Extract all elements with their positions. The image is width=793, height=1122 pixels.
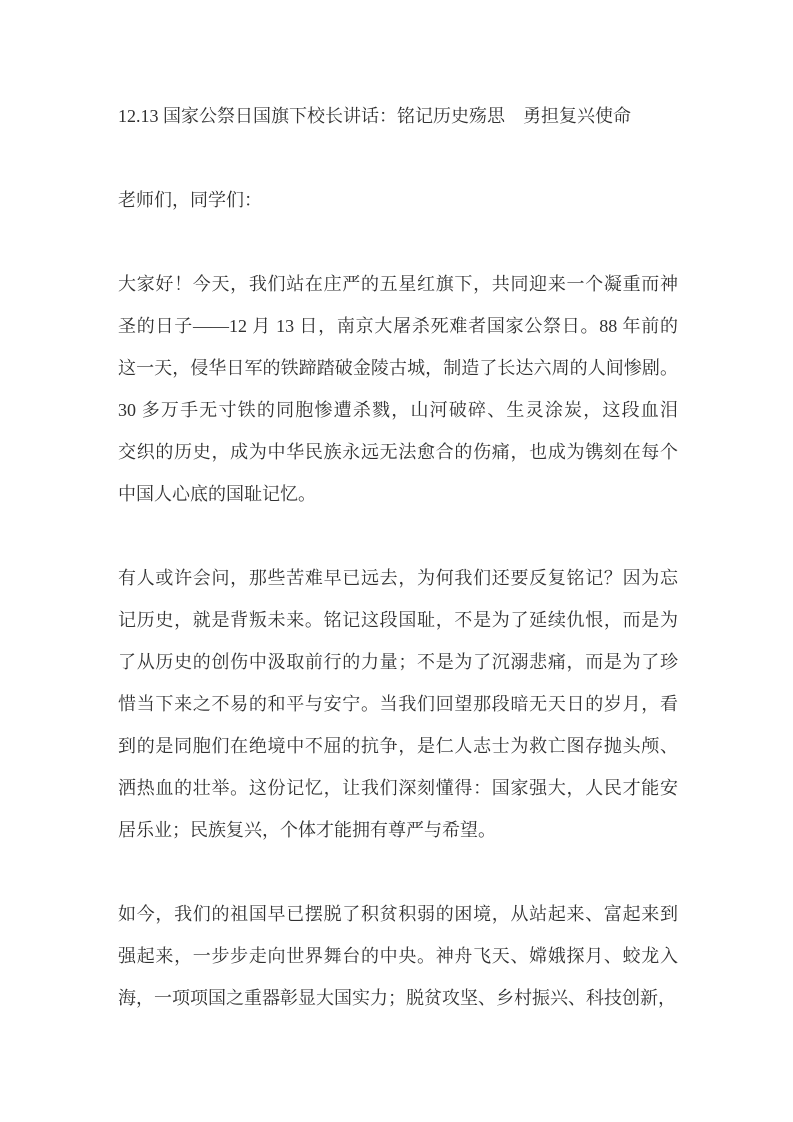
text-line: 圣的日子——12 月 13 日，南京大屠杀死难者国家公祭日。88 年前的	[118, 305, 678, 347]
text-line: 洒热血的壮举。这份记忆，让我们深刻懂得：国家强大，人民才能安	[118, 767, 678, 809]
salutation-line: 老师们，同学们：	[118, 179, 678, 221]
paragraph: 有人或许会问，那些苦难早已远去，为何我们还要反复铭记？因为忘记历史，就是背叛未来…	[118, 557, 678, 851]
text-line: 记历史，就是背叛未来。铭记这段国耻，不是为了延续仇恨，而是为	[118, 599, 678, 641]
paragraph: 如今，我们的祖国早已摆脱了积贫积弱的困境，从站起来、富起来到强起来，一步步走向世…	[118, 893, 678, 1019]
text-line: 了从历史的创伤中汲取前行的力量；不是为了沉溺悲痛，而是为了珍	[118, 641, 678, 683]
text-line: 这一天，侵华日军的铁蹄踏破金陵古城，制造了长达六周的人间惨剧。	[118, 347, 678, 389]
text-line: 30 多万手无寸铁的同胞惨遭杀戮，山河破碎、生灵涂炭，这段血泪	[118, 389, 678, 431]
text-line: 强起来，一步步走向世界舞台的中央。神舟飞天、嫦娥探月、蛟龙入	[118, 935, 678, 977]
text-line: 海，一项项国之重器彰显大国实力；脱贫攻坚、乡村振兴、科技创新，	[118, 977, 678, 1019]
text-line: 交织的历史，成为中华民族永远无法愈合的伤痛，也成为镌刻在每个	[118, 431, 678, 473]
text-line: 如今，我们的祖国早已摆脱了积贫积弱的困境，从站起来、富起来到	[118, 893, 678, 935]
text-line: 中国人心底的国耻记忆。	[118, 473, 678, 515]
text-line: 到的是同胞们在绝境中不屈的抗争，是仁人志士为救亡图存抛头颅、	[118, 725, 678, 767]
text-line: 居乐业；民族复兴，个体才能拥有尊严与希望。	[118, 809, 678, 851]
document-title: 12.13 国家公祭日国旗下校长讲话：铭记历史殇思 勇担复兴使命	[118, 95, 678, 137]
paragraph: 大家好！今天，我们站在庄严的五星红旗下，共同迎来一个凝重而神圣的日子——12 月…	[118, 263, 678, 515]
document-page: 12.13 国家公祭日国旗下校长讲话：铭记历史殇思 勇担复兴使命 老师们，同学们…	[0, 0, 793, 1122]
text-line: 有人或许会问，那些苦难早已远去，为何我们还要反复铭记？因为忘	[118, 557, 678, 599]
text-line: 大家好！今天，我们站在庄严的五星红旗下，共同迎来一个凝重而神	[118, 263, 678, 305]
text-line: 惜当下来之不易的和平与安宁。当我们回望那段暗无天日的岁月，看	[118, 683, 678, 725]
document-body: 大家好！今天，我们站在庄严的五星红旗下，共同迎来一个凝重而神圣的日子——12 月…	[118, 263, 678, 1019]
